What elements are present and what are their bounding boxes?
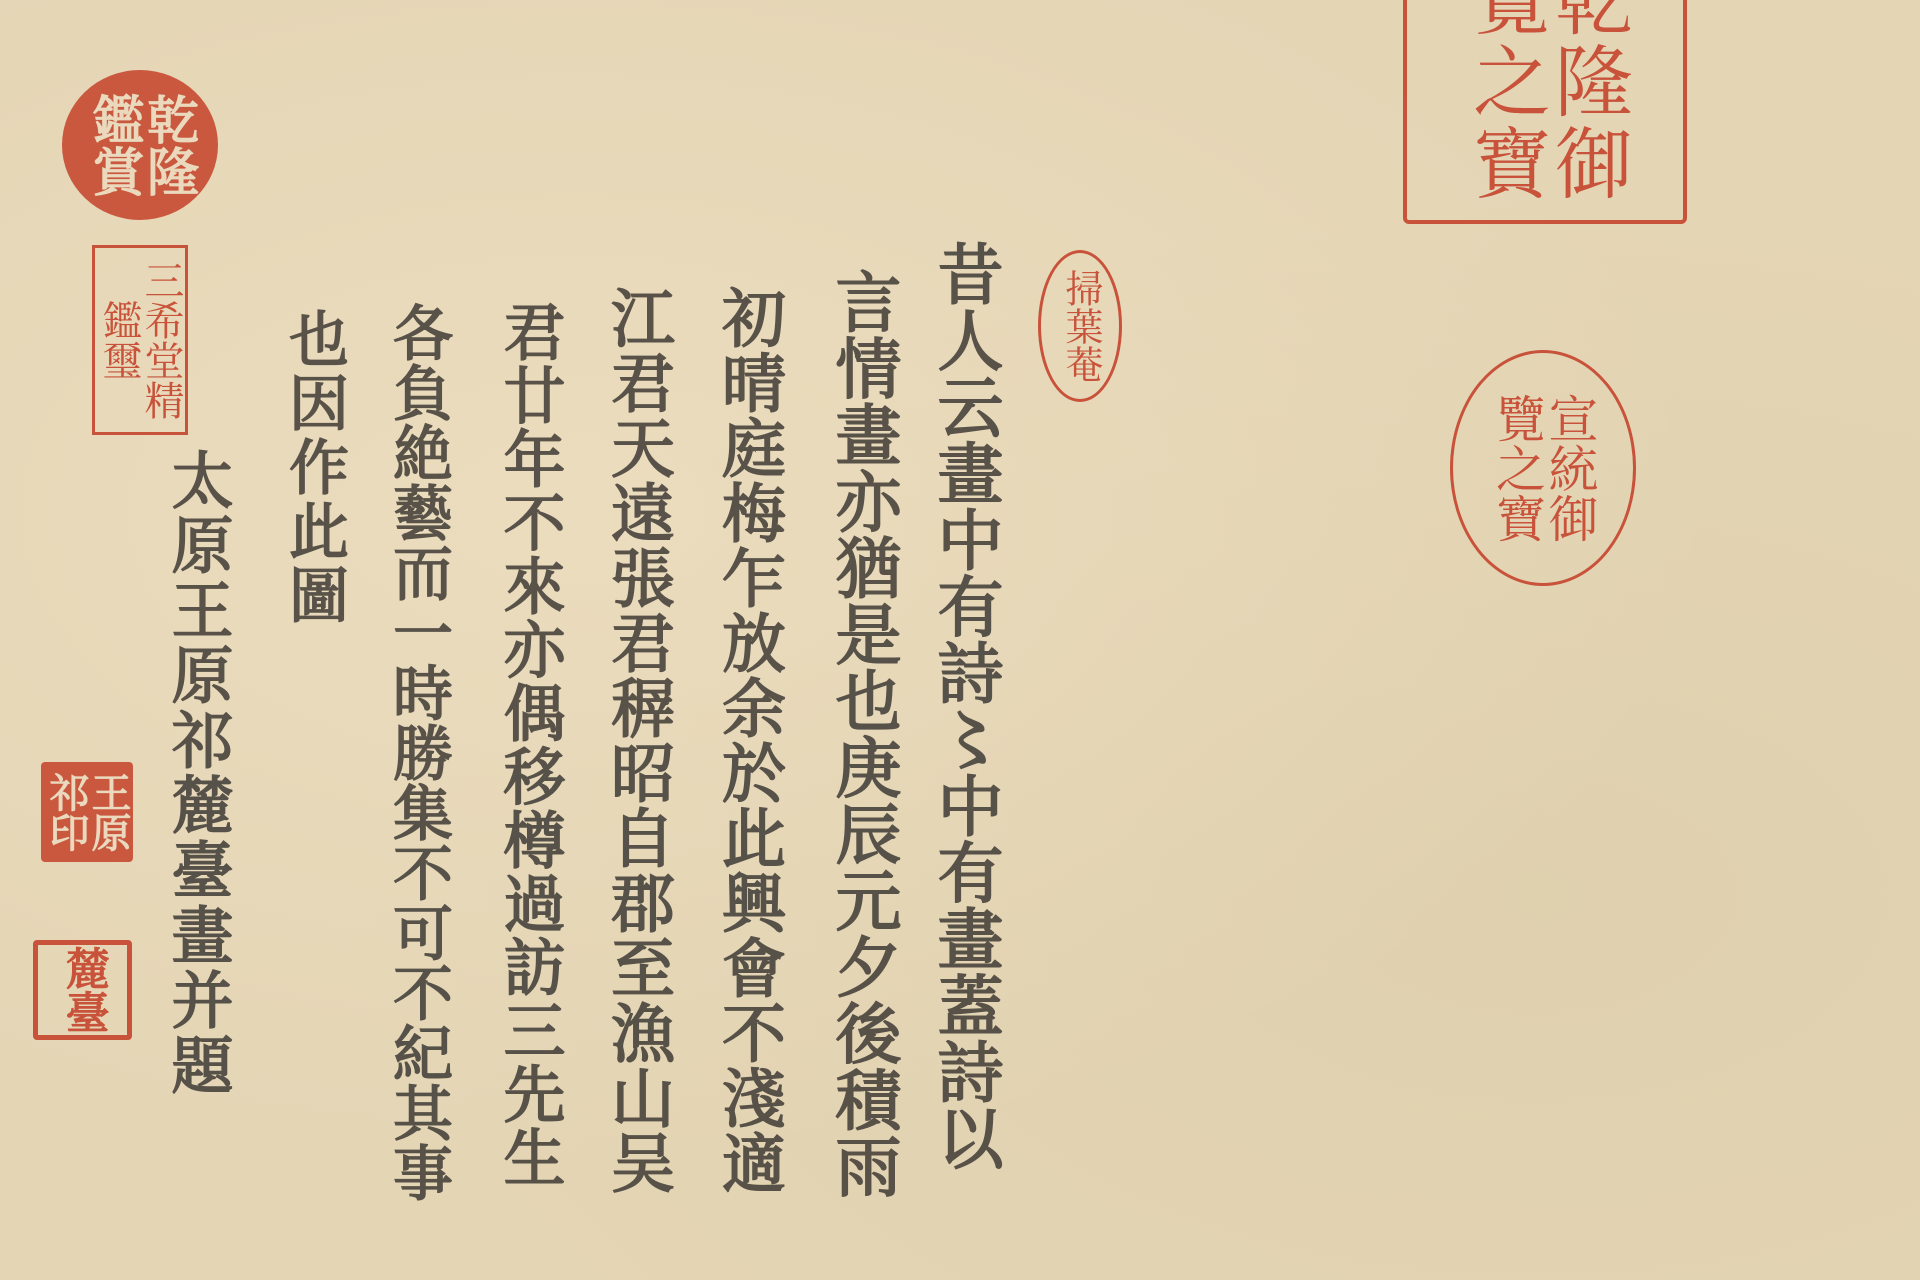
- seal-text: 王原祁印: [45, 766, 129, 858]
- seal-signature-name: 王原祁印: [41, 762, 133, 862]
- seal-leading-oval: 掃葉菴: [1038, 250, 1122, 402]
- seal-left-rect: 三希堂精鑑璽: [92, 245, 188, 435]
- inscription-column-5: 君廿年不來亦偶移樽過訪三先生: [498, 300, 560, 1189]
- inscription-column-3: 初晴庭梅乍放余於此興會不淺適: [716, 285, 780, 1195]
- seal-right-oval: 宣統御覽之寶: [1450, 350, 1636, 586]
- inscription-column-7: 也因作此圖: [284, 308, 344, 628]
- inscription-column-6: 各負絶藝而一時勝集不可不紀其事: [388, 302, 448, 1202]
- seal-text: 麓臺: [59, 946, 105, 1034]
- seal-text: 掃葉菴: [1060, 269, 1100, 383]
- seal-text: 宣統御覽之寶: [1491, 383, 1596, 553]
- artist-signature: 太原王原祁麓臺畫并題: [166, 448, 228, 1098]
- seal-top-right-square: 乾隆御覽之寶: [1403, 0, 1687, 224]
- seal-left-round: 乾隆鑑賞: [62, 70, 218, 220]
- seal-signature-sobriquet: 麓臺: [33, 940, 132, 1040]
- seal-text: 三希堂精鑑璽: [98, 251, 182, 429]
- inscription-column-2: 言情畫亦猶是也庚辰元夕後積雨: [830, 268, 896, 1199]
- inscription-column-4: 江君天遠張君稺昭自郡至漁山吴: [605, 285, 669, 1195]
- seal-text: 乾隆鑑賞: [85, 85, 194, 205]
- seal-text: 乾隆御覽之寶: [1463, 0, 1627, 217]
- inscription-column-1: 昔人云畫中有詩〻中有畫蓋詩以: [932, 240, 998, 1171]
